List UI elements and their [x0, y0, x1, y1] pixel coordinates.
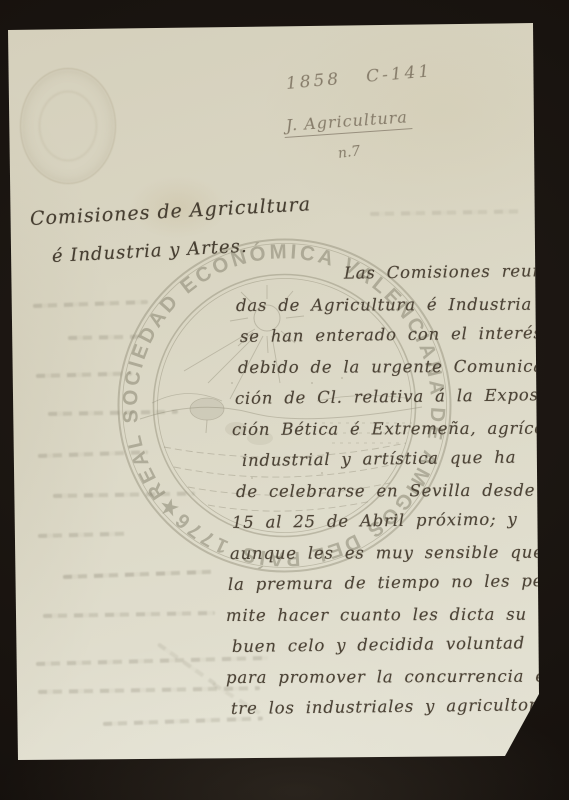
- embossed-blind-stamp: [20, 68, 116, 184]
- letter-heading-line1: Comisiones de Agricultura: [29, 193, 311, 230]
- manuscript-line: para promover la concurrencia en-: [226, 667, 541, 699]
- manuscript-line: mite hacer cuanto les dicta su: [226, 605, 541, 637]
- archive-number-annotation: n.7: [337, 143, 361, 162]
- manuscript-line: se han enterado con el interés: [240, 323, 541, 358]
- photograph-of-manuscript: { "archive_marks": { "code": "1858 C-141…: [0, 0, 569, 800]
- manuscript-line: debido de la urgente Comunica-: [238, 357, 541, 389]
- archive-category-annotation: J. Agricultura: [283, 107, 412, 138]
- manuscript-line: 15 al 25 de Abril próximo; y: [232, 509, 541, 544]
- bleedthrough-smudge: [157, 642, 217, 685]
- manuscript-line: tre los industriales y agricultores: [231, 695, 541, 730]
- manuscript-line: Las Comisiones reuni-: [232, 261, 541, 296]
- manuscript-line: das de Agricultura é Industria: [236, 295, 541, 327]
- bleedthrough-line: [370, 209, 525, 216]
- manuscript-line: aunque les es muy sensible que: [230, 543, 541, 575]
- bleedthrough-line: [43, 611, 215, 618]
- manuscript-line: ción de Cl. relativa á la Exposi-: [235, 385, 541, 420]
- manuscript-line: ción Bética é Extremeña, agrícola: [232, 419, 541, 451]
- letter-body: Las Comisiones reuni- das de Agricultura…: [226, 265, 541, 730]
- manuscript-page: 1858 C-141 J. Agricultura n.7 Comisiones…: [8, 22, 539, 762]
- manuscript-line: buen celo y decidida voluntad: [232, 633, 541, 668]
- archive-code-annotation: 1858 C-141: [285, 61, 433, 94]
- manuscript-line: industrial y artística que ha: [242, 447, 541, 482]
- manuscript-line: la premura de tiempo no les per-: [228, 571, 541, 606]
- manuscript-line: de celebrarse en Sevilla desde el: [236, 481, 541, 513]
